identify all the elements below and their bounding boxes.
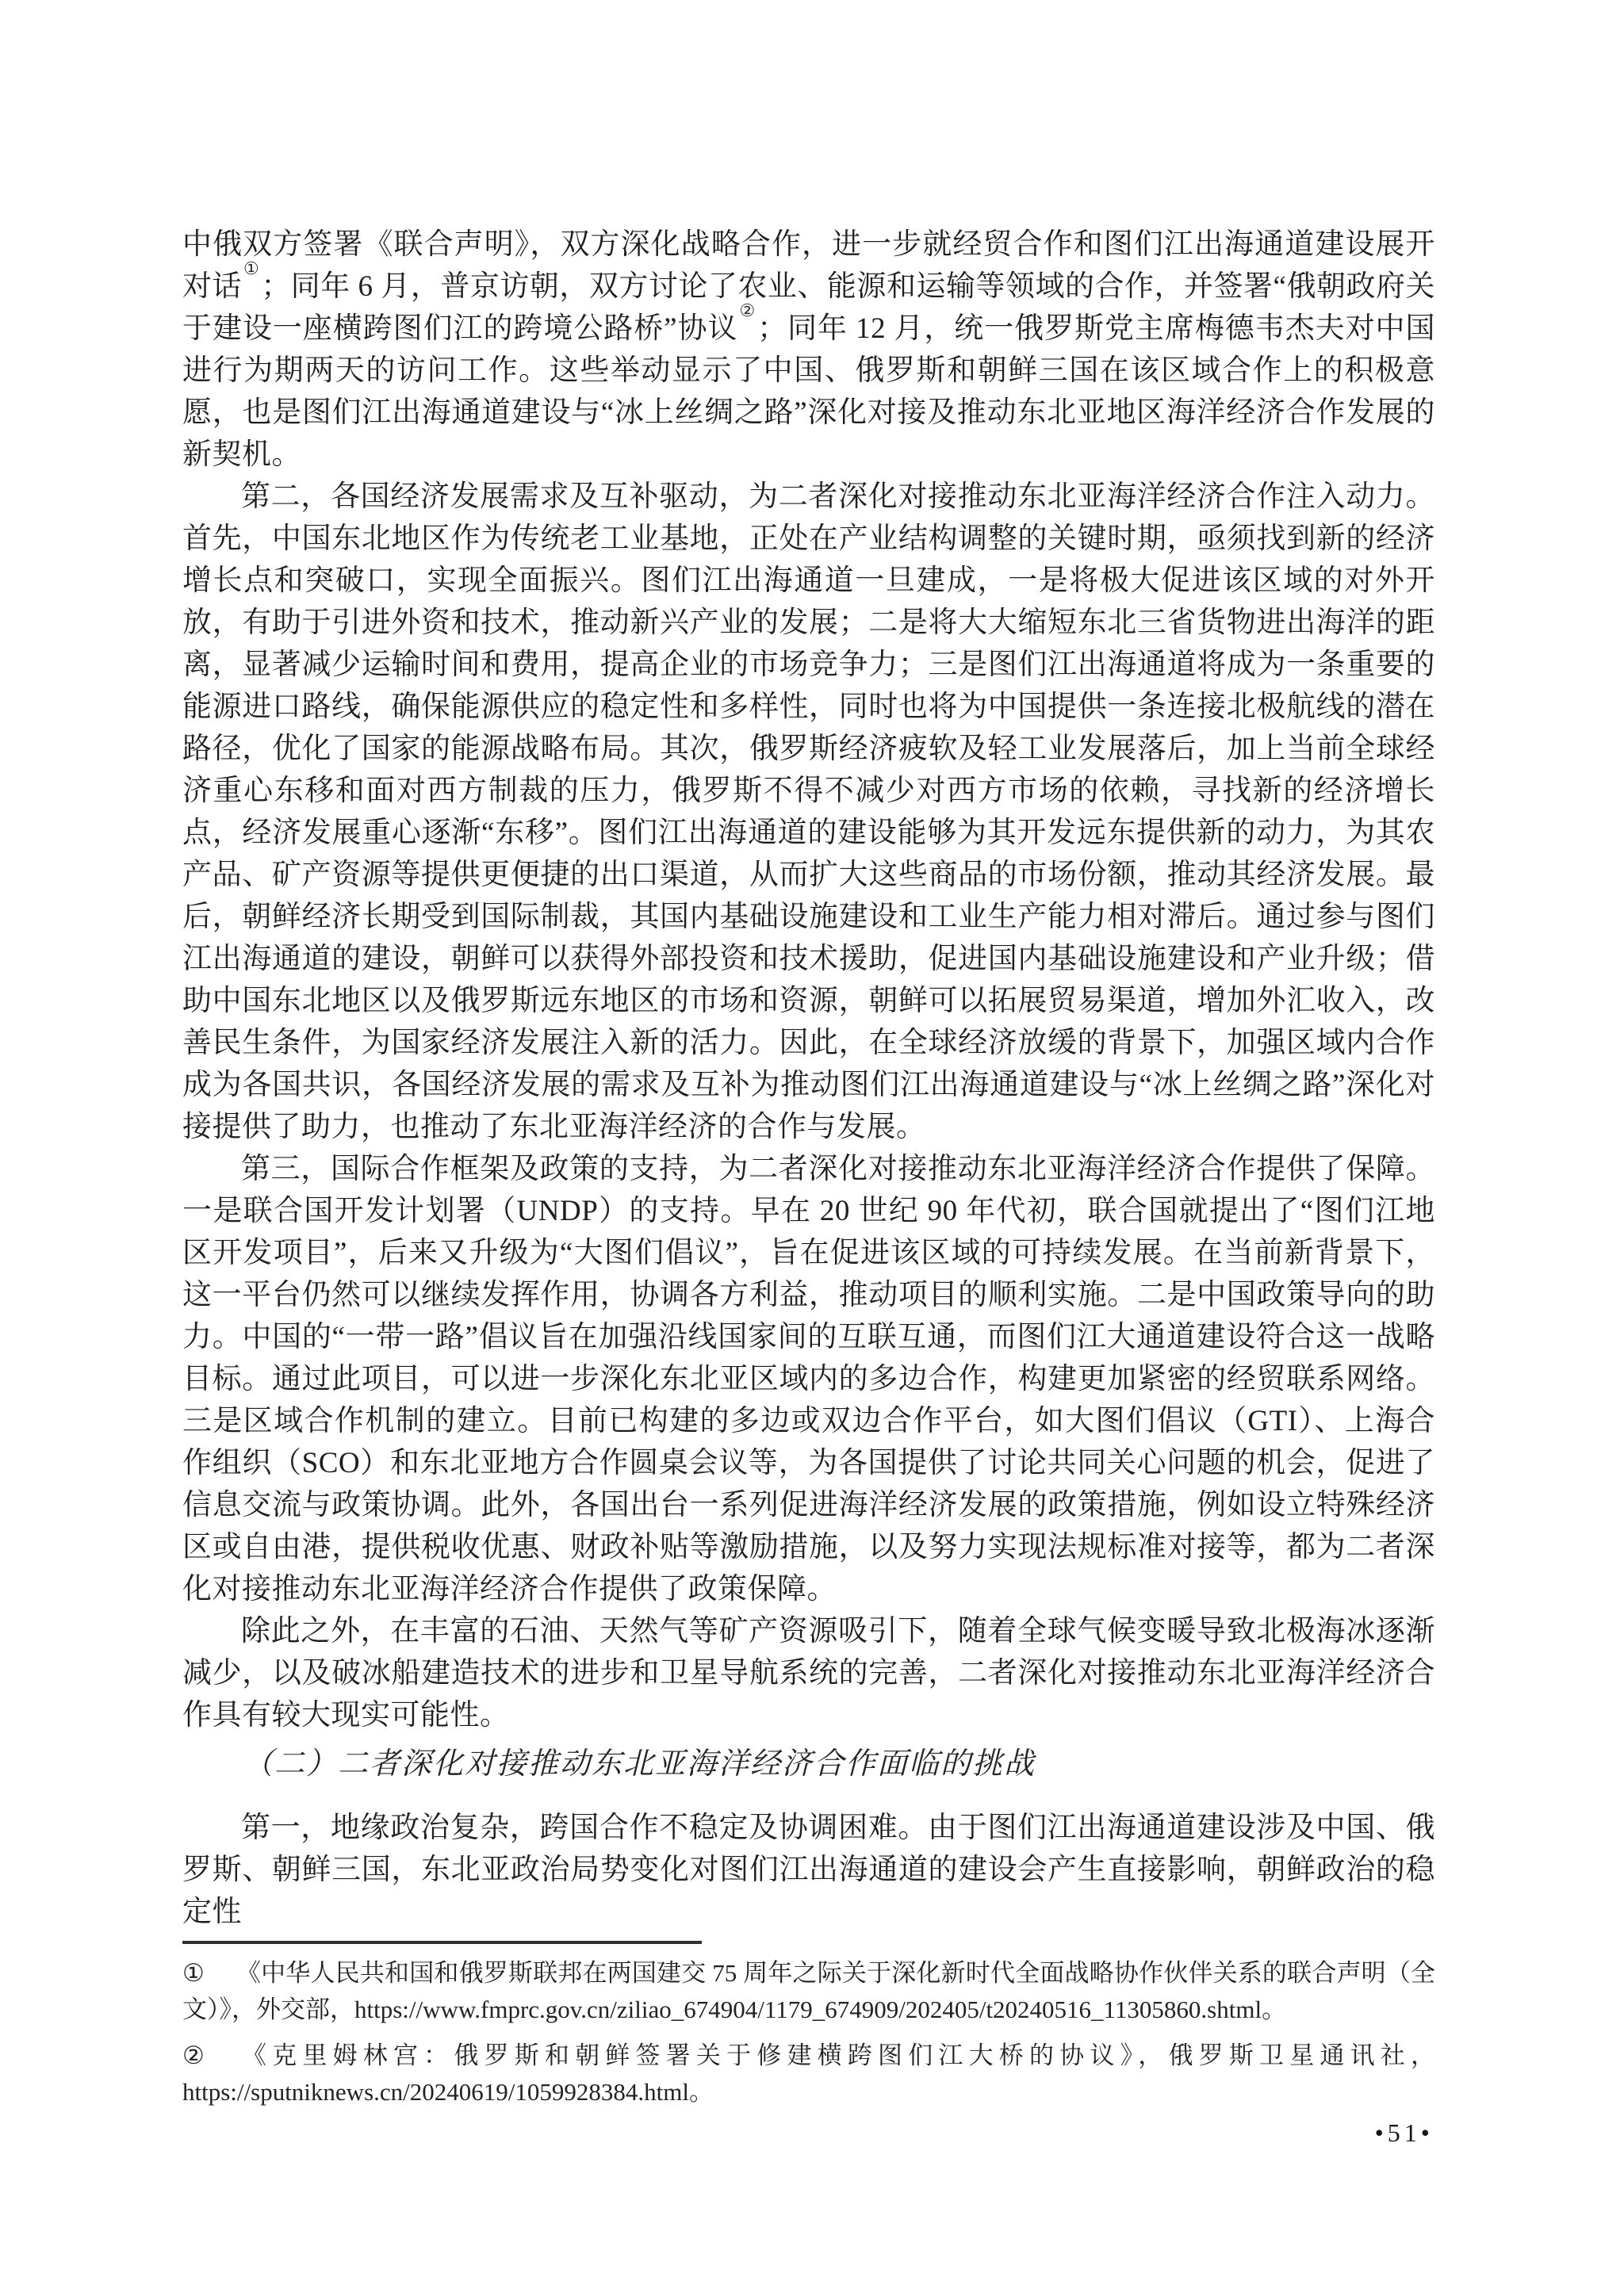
paragraph-second-point: 第二，各国经济发展需求及互补驱动，为二者深化对接推动东北亚海洋经济合作注入动力。… (182, 476, 1435, 1148)
footnote-1-marker: ① (182, 1955, 205, 1992)
footnote-ref-2: ② (739, 300, 756, 320)
footnote-ref-1: ① (243, 258, 259, 278)
footnote-2-marker: ② (182, 2038, 205, 2074)
footnote-1-text: 《中华人民共和国和俄罗斯联邦在两国建交 75 周年之际关于深化新时代全面战略协作… (182, 1959, 1435, 2023)
footnote-2: ②《克里姆林宫：俄罗斯和朝鲜签署关于修建横跨图们江大桥的协议》，俄罗斯卫星通讯社… (182, 2038, 1435, 2110)
paragraph-continuation: 中俄双方签署《联合声明》，双方深化战略合作，进一步就经贸合作和图们江出海通道建设… (182, 224, 1435, 476)
footnote-2-text: 《克里姆林宫：俄罗斯和朝鲜签署关于修建横跨图们江大桥的协议》，俄罗斯卫星通讯社，… (182, 2042, 1435, 2106)
footnotes-section: ①《中华人民共和国和俄罗斯联邦在两国建交 75 周年之际关于深化新时代全面战略协… (182, 1955, 1435, 2110)
page-number: •51• (1375, 2118, 1434, 2148)
footnote-1: ①《中华人民共和国和俄罗斯联邦在两国建交 75 周年之际关于深化新时代全面战略协… (182, 1955, 1435, 2028)
footnote-separator-rule (182, 1941, 702, 1944)
paragraph-first-challenge: 第一，地缘政治复杂，跨国合作不稳定及协调困难。由于图们江出海通道建设涉及中国、俄… (182, 1807, 1435, 1933)
paragraph-third-point: 第三，国际合作框架及政策的支持，为二者深化对接推动东北亚海洋经济合作提供了保障。… (182, 1148, 1435, 1610)
section-heading-challenges: （二）二者深化对接推动东北亚海洋经济合作面临的挑战 (182, 1743, 1435, 1785)
paragraph-additional: 除此之外，在丰富的石油、天然气等矿产资源吸引下，随着全球气候变暖导致北极海冰逐渐… (182, 1610, 1435, 1736)
document-page: 中俄双方签署《联合声明》，双方深化战略合作，进一步就经贸合作和图们江出海通道建设… (0, 0, 1624, 2296)
page-body: 中俄双方签署《联合声明》，双方深化战略合作，进一步就经贸合作和图们江出海通道建设… (182, 224, 1435, 1933)
